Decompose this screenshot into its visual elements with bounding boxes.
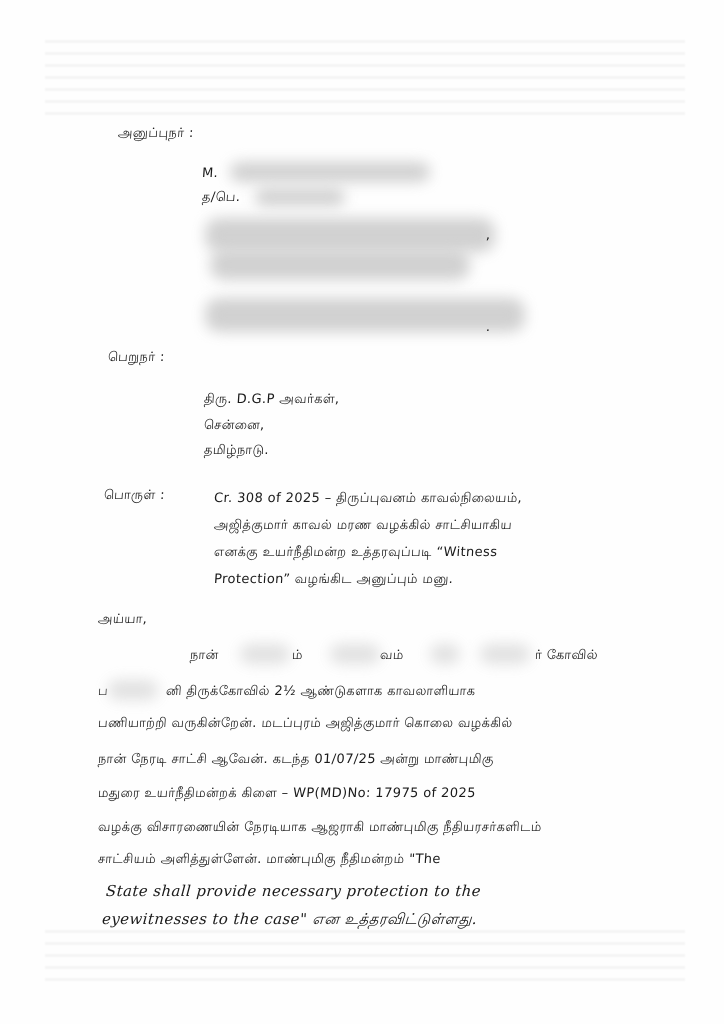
redaction-blur (480, 644, 530, 664)
body-line-7: சாட்சியம் அளித்துள்ளேன். மாண்புமிகு நீதி… (97, 852, 441, 868)
to-line-1: திரு. D.G.P அவர்கள், (203, 392, 340, 408)
to-line-3: தமிழ்நாடு. (203, 443, 269, 459)
body-line-1-part: ம் (291, 648, 303, 664)
from-label: அனுப்புநர் : (117, 126, 194, 142)
redaction-blur (430, 644, 460, 664)
redaction-blur (330, 644, 380, 664)
scanned-letter-page: அனுப்புநர் : M. த/பெ. , . பெறுநர் : திரு… (0, 0, 724, 1024)
body-line-1-part: வம் (379, 648, 404, 664)
redaction-blur (108, 680, 158, 700)
redaction-blur (230, 162, 430, 182)
body-line-1-start: நான் (189, 648, 219, 664)
redaction-blur (205, 298, 525, 332)
bleed-through-text-top (45, 40, 685, 120)
body-line-2-start: ப (97, 684, 108, 700)
subject-line-1: Cr. 308 of 2025 – திருப்புவனம் காவல்நிலை… (213, 491, 522, 507)
body-line-3: பணியாற்றி வருகின்றேன். மடப்புரம் அஜித்கு… (97, 716, 513, 732)
body-line-9: eyewitnesses to the case" என உத்தரவிட்டு… (101, 910, 477, 930)
subject-line-3: எனக்கு உயர்நீதிமன்ற உத்தரவுப்படி “Witnes… (213, 545, 497, 561)
redaction-blur (240, 644, 290, 664)
salutation: அய்யா, (97, 612, 147, 628)
from-line-2: த/பெ. (201, 190, 240, 206)
body-line-5: மதுரை உயர்நீதிமன்றக் கிளை – WP(MD)No: 17… (97, 786, 476, 802)
from-line-6-trailing: . (485, 320, 491, 335)
bleed-through-text-bottom (45, 930, 685, 985)
body-line-8: State shall provide necessary protection… (105, 882, 481, 900)
body-line-6: வழக்கு விசாரணையின் நேரடியாக ஆஜராகி மாண்ப… (97, 820, 542, 836)
subject-line-4: Protection” வழங்கிட அனுப்பும் மனு. (213, 572, 453, 588)
body-line-2: னி திருக்கோவில் 2½ ஆண்டுகளாக காவலாளியாக (165, 684, 476, 700)
body-line-4: நான் நேரடி சாட்சி ஆவேன். கடந்த 01/07/25 … (97, 752, 494, 768)
redaction-blur (205, 218, 495, 252)
body-line-1-end: ர் கோவில் (534, 648, 598, 664)
subject-label: பொருள் : (103, 488, 165, 504)
to-line-2: சென்னை, (203, 418, 265, 434)
from-line-1: M. (201, 166, 218, 181)
redaction-blur (255, 188, 345, 206)
subject-line-2: அஜித்குமார் காவல் மரண வழக்கில் சாட்சியாக… (213, 518, 512, 534)
to-label: பெறுநர் : (107, 350, 165, 366)
redaction-blur (210, 250, 470, 280)
